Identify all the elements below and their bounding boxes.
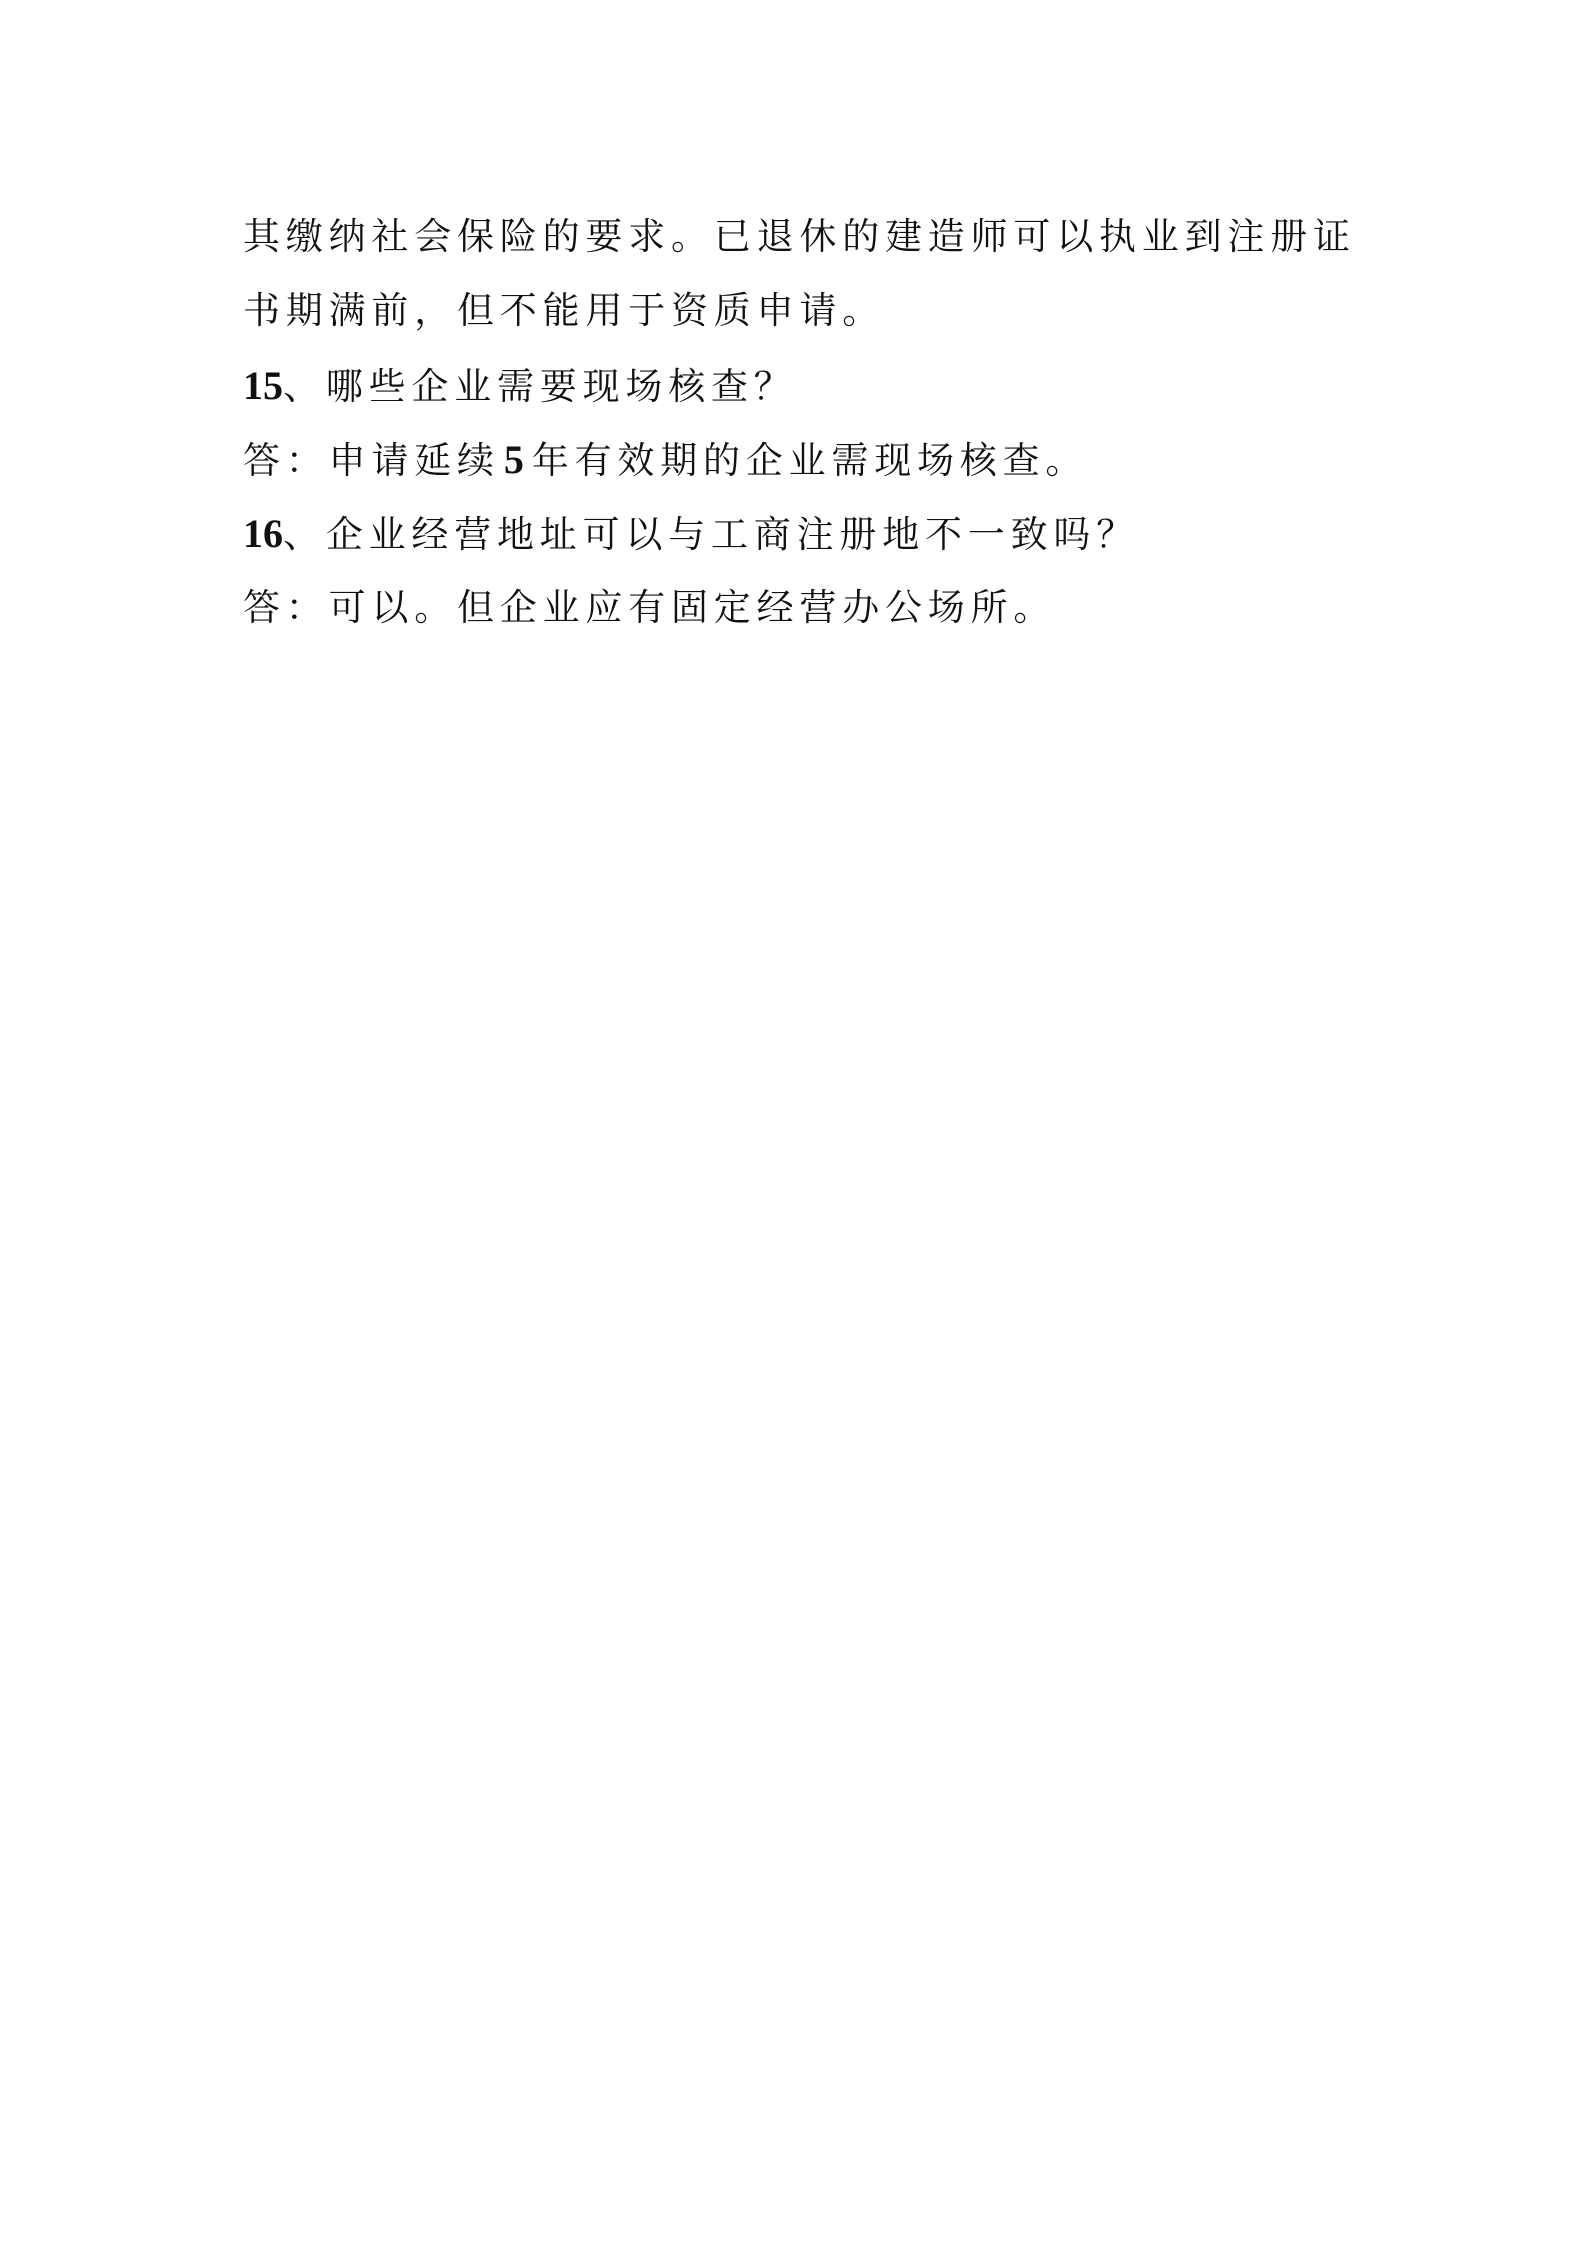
question-separator: 、	[283, 513, 326, 556]
question-text: 哪些企业需要现场核查？	[326, 365, 797, 408]
question-number: 15	[243, 363, 283, 408]
answer-prefix: 答：	[243, 439, 329, 482]
answer-text: 可以。但企业应有固定经营办公场所。	[329, 586, 1057, 629]
paragraph-continuation-line-2: 书期满前，但不能用于资质申请。	[243, 291, 885, 331]
document-page: 其缴纳社会保险的要求。已退休的建造师可以执业到注册证 书期满前，但不能用于资质申…	[0, 0, 1587, 2245]
answer-text-start: 申请延续	[329, 439, 500, 482]
answer-number: 5	[504, 437, 524, 482]
question-number: 16	[243, 511, 283, 556]
answer-16: 答：可以。但企业应有固定经营办公场所。	[243, 588, 1056, 628]
question-16: 16、企业经营地址可以与工商注册地不一致吗？	[243, 514, 1139, 555]
paragraph-continuation-line-1: 其缴纳社会保险的要求。已退休的建造师可以执业到注册证	[243, 217, 1356, 257]
answer-15: 答：申请延续5年有效期的企业需现场核查。	[243, 440, 1088, 481]
question-separator: 、	[283, 365, 326, 408]
answer-prefix: 答：	[243, 586, 329, 629]
question-15: 15、哪些企业需要现场核查？	[243, 366, 797, 407]
question-text: 企业经营地址可以与工商注册地不一致吗？	[326, 513, 1139, 556]
answer-text-end: 年有效期的企业需现场核查。	[532, 439, 1088, 482]
